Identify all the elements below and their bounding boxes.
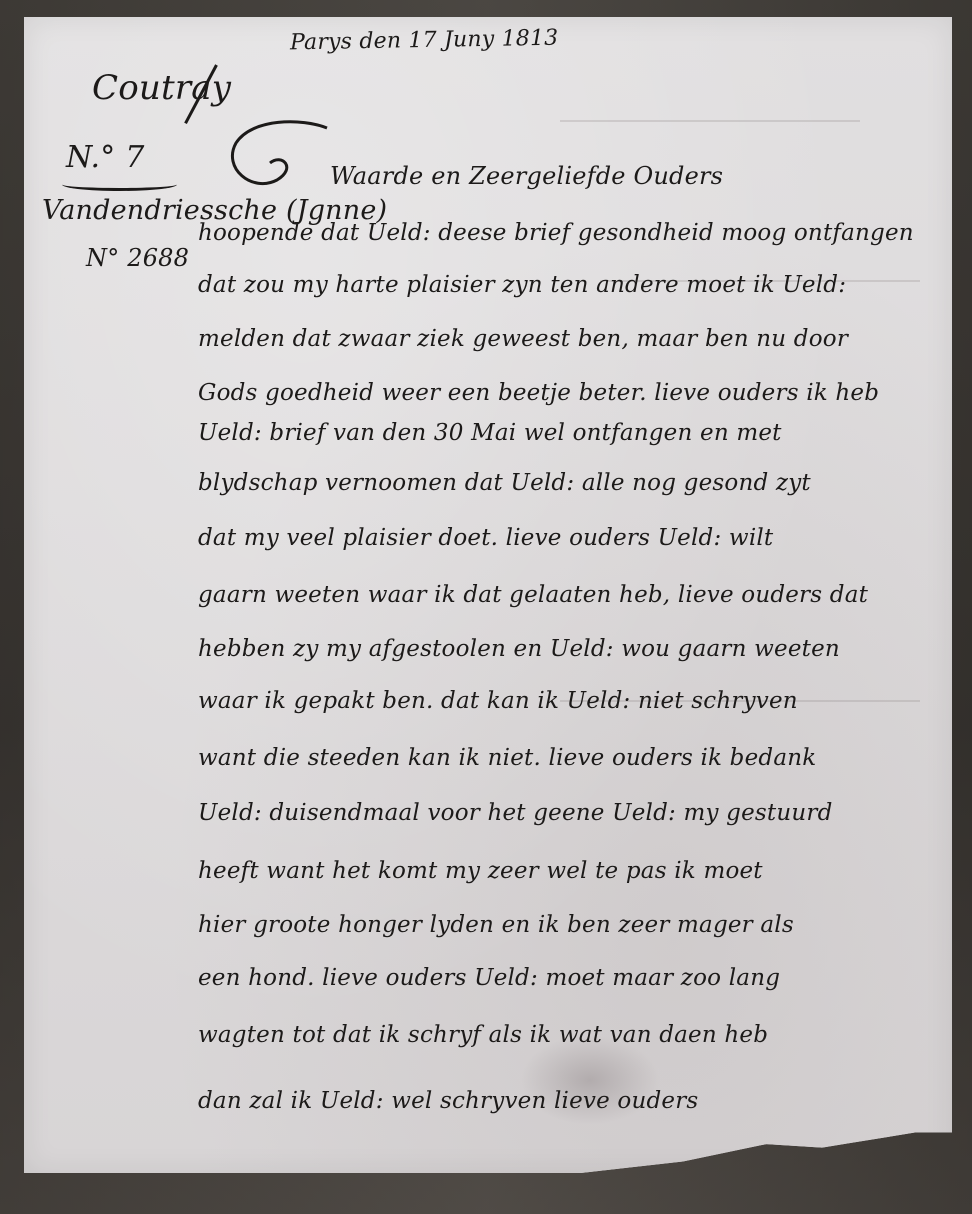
bleed-through-line <box>560 120 860 122</box>
letter-line: Gods goedheid weer een beetje beter. lie… <box>198 380 879 406</box>
letter-line: dat my veel plaisier doet. lieve ouders … <box>198 525 773 551</box>
salutation: Waarde en Zeergeliefde Ouders <box>330 162 723 190</box>
letter-number: N.° 7 <box>66 140 145 175</box>
letter-line: hier groote honger lyden en ik ben zeer … <box>198 912 794 938</box>
letter-line: heeft want het komt my zeer wel te pas i… <box>198 858 763 884</box>
letter-line: hebben zy my afgestoolen en Ueld: wou ga… <box>198 636 840 662</box>
letter-line: gaarn weeten waar ik dat gelaaten heb, l… <box>198 582 868 608</box>
letter-line: dat zou my harte plaisier zyn ten andere… <box>198 272 846 298</box>
letter-line: want die steeden kan ik niet. lieve oude… <box>198 745 816 771</box>
letter-line: dan zal ik Ueld: wel schryven lieve oude… <box>198 1088 698 1114</box>
letter-line: waar ik gepakt ben. dat kan ik Ueld: nie… <box>198 688 798 714</box>
number-underline <box>62 178 177 191</box>
letter-line: blydschap vernoomen dat Ueld: alle nog g… <box>198 470 811 496</box>
letter-line: Ueld: duisendmaal voor het geene Ueld: m… <box>198 800 833 826</box>
letter-line: Ueld: brief van den 30 Mai wel ontfangen… <box>198 420 782 446</box>
letter-line: melden dat zwaar ziek geweest ben, maar … <box>198 326 848 352</box>
letter-line: wagten tot dat ik schryf als ik wat van … <box>198 1022 768 1048</box>
register-number: N° 2688 <box>86 244 189 272</box>
calligraphic-flourish-icon <box>222 118 332 198</box>
letter-line: een hond. lieve ouders Ueld: moet maar z… <box>198 965 780 991</box>
letter-line: hoopende dat Ueld: deese brief gesondhei… <box>198 220 914 246</box>
date-line: Parys den 17 Juny 1813 <box>290 26 559 56</box>
